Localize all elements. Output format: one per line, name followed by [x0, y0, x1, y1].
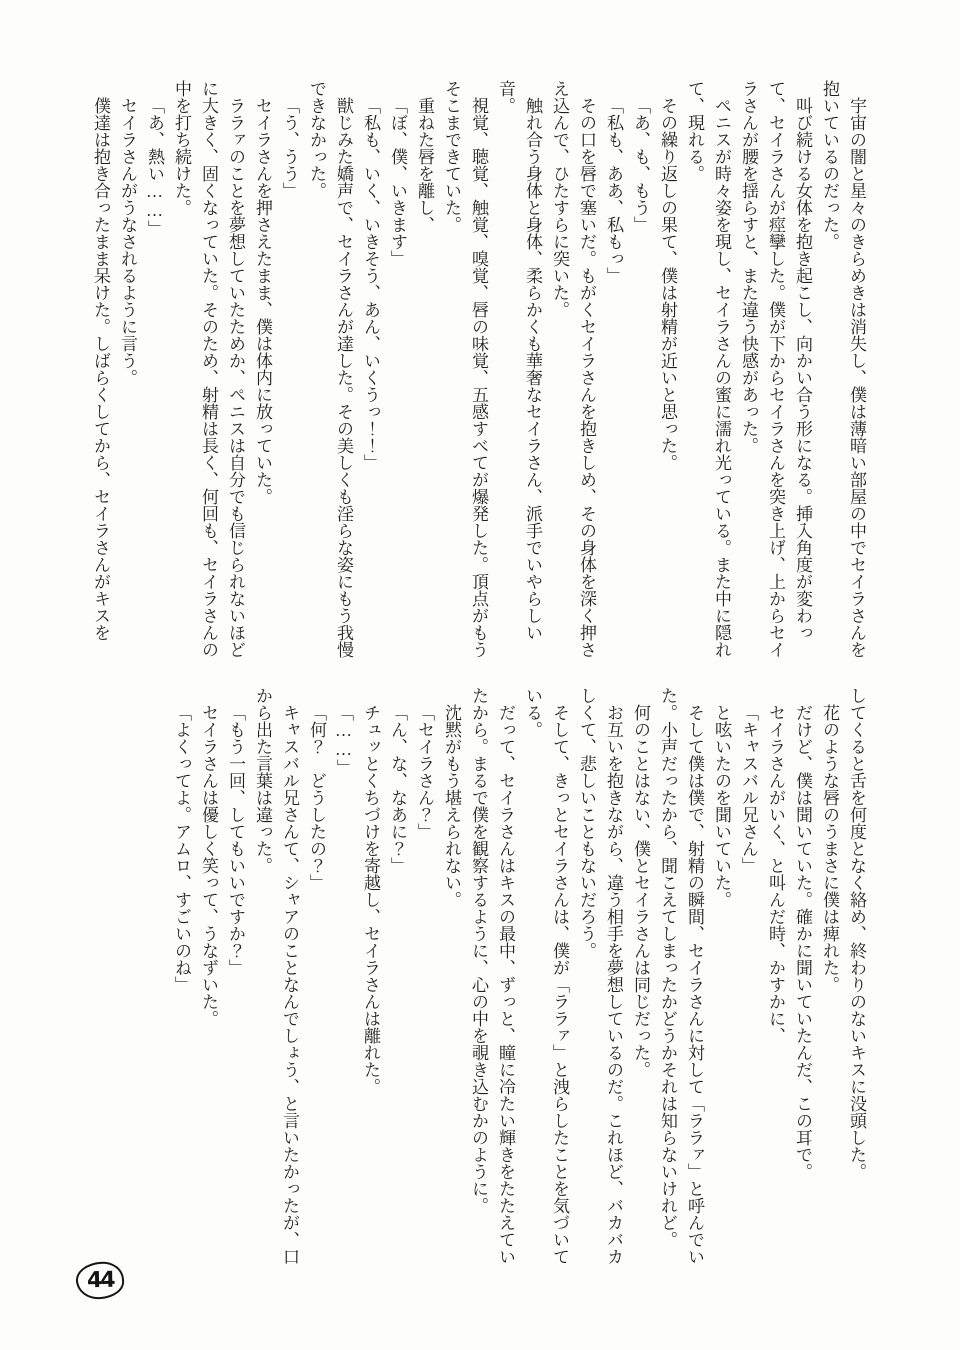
- paragraph: 「キャスバル兄さん」: [735, 687, 762, 1265]
- paragraph: 「あ、熱い……」: [141, 80, 168, 658]
- paragraph: セイラさんを押さえたまま、僕は体内に放っていた。: [249, 80, 276, 658]
- paragraph: チュッとくちづけを寄越し、セイラさんは離れた。: [357, 687, 384, 1265]
- paragraph: と呟いたのを聞いていた。: [708, 687, 735, 1265]
- paragraph: 宇宙の闇と星々のきらめきは消失し、僕は薄暗い部屋の中でセイラさんを抱いているのだ…: [816, 80, 870, 658]
- paragraph: セイラさんは優しく笑って、うなずいた。: [195, 687, 222, 1265]
- paragraph: 「ぼ、僕、いきます」: [384, 80, 411, 658]
- paragraph: そして、きっとセイラさんは、僕が「ララァ」と洩らしたことを気づいている。: [519, 687, 573, 1265]
- paragraph: だけど、僕は聞いていた。確かに聞いていたんだ、この耳で。: [789, 687, 816, 1265]
- paragraph: キャスバル兄さんて、シャアのことなんでしょう、と言いたかったが、口から出た言葉は…: [249, 687, 303, 1265]
- paragraph: してくると舌を何度となく絡め、終わりのないキスに没頭した。: [843, 687, 870, 1265]
- paragraph: ペニスが時々姿を現し、セイラさんの蜜に濡れ光っている。また中に隠れて、現れる。: [681, 80, 735, 658]
- paragraph: 「う、うう」: [276, 80, 303, 658]
- paragraph: 「私も、いく、いきそう、あん、いくうっ！！」: [357, 80, 384, 658]
- paragraph: 叫び続ける女体を抱き起こし、向かい合う形になる。挿入角度が変わって、セイラさんが…: [735, 80, 816, 658]
- paragraph: 「何？ どうしたの？」: [303, 687, 330, 1265]
- paragraph: 僕達は抱き合ったまま呆けた。しばらくしてから、セイラさんがキスを: [87, 80, 114, 658]
- paragraph: セイラさんがうなされるように言う。: [114, 80, 141, 658]
- paragraph: 「よくってよ。アムロ、すごいのね」: [168, 687, 195, 1265]
- text-block-top: 宇宙の闇と星々のきらめきは消失し、僕は薄暗い部屋の中でセイラさんを抱いているのだ…: [87, 80, 870, 658]
- paragraph: 沈黙がもう堪えられない。: [438, 687, 465, 1265]
- scanned-novel-page: 宇宙の闇と星々のきらめきは消失し、僕は薄暗い部屋の中でセイラさんを抱いているのだ…: [0, 0, 960, 1350]
- paragraph: 花のような唇のうまさに僕は痺れた。: [816, 687, 843, 1265]
- page-number-badge: 44: [75, 1260, 125, 1300]
- paragraph: お互いを抱きながら、違う相手を夢想しているのだ。これほど、バカバカしくて、悲しい…: [573, 687, 627, 1265]
- paragraph: 何のことはない、僕とセイラさんは同じだった。: [627, 687, 654, 1265]
- paragraph: 「ん、な、なあに？」: [384, 687, 411, 1265]
- page-number-text: 44: [86, 1268, 113, 1293]
- paragraph: 「あ、も、もう」: [627, 80, 654, 658]
- paragraph: 「セイラさん？」: [411, 687, 438, 1265]
- paragraph: ララァのことを夢想していたためか、ペニスは自分でも信じられないほどに大きく、固く…: [168, 80, 249, 658]
- paragraph: その繰り返しの果て、僕は射精が近いと思った。: [654, 80, 681, 658]
- paragraph: 獣じみた嬌声で、セイラさんが達した。その美しくも淫らな姿にもう我慢できなかった。: [303, 80, 357, 658]
- paragraph: 「もう一回、してもいいですか？」: [222, 687, 249, 1265]
- paragraph: だって、セイラさんはキスの最中、ずっと、瞳に冷たい輝きをたたえていたから。まるで…: [465, 687, 519, 1265]
- paragraph: 「私も、ああ、私もっ」: [600, 80, 627, 658]
- paragraph: 触れ合う身体と身体、柔らかくも華奢なセイラさん、派手でいやらしい音。: [492, 80, 546, 658]
- paragraph: 視覚、聴覚、触覚、嗅覚、唇の味覚、五感すべてが爆発した。頂点がもうそこまできてい…: [438, 80, 492, 658]
- text-block-bottom: してくると舌を何度となく絡め、終わりのないキスに没頭した。花のような唇のうまさに…: [168, 687, 870, 1265]
- paragraph: その口を唇で塞いだ。もがくセイラさんを抱きしめ、その身体を深く押さえ込んで、ひた…: [546, 80, 600, 658]
- paragraph: そして僕は僕で、射精の瞬間、セイラさんに対して「ララァ」と呼んでいた。小声だった…: [654, 687, 708, 1265]
- paragraph: 「……」: [330, 687, 357, 1265]
- paragraph: 重ねた唇を離し、: [411, 80, 438, 658]
- paragraph: セイラさんがいく、と叫んだ時、かすかに、: [762, 687, 789, 1265]
